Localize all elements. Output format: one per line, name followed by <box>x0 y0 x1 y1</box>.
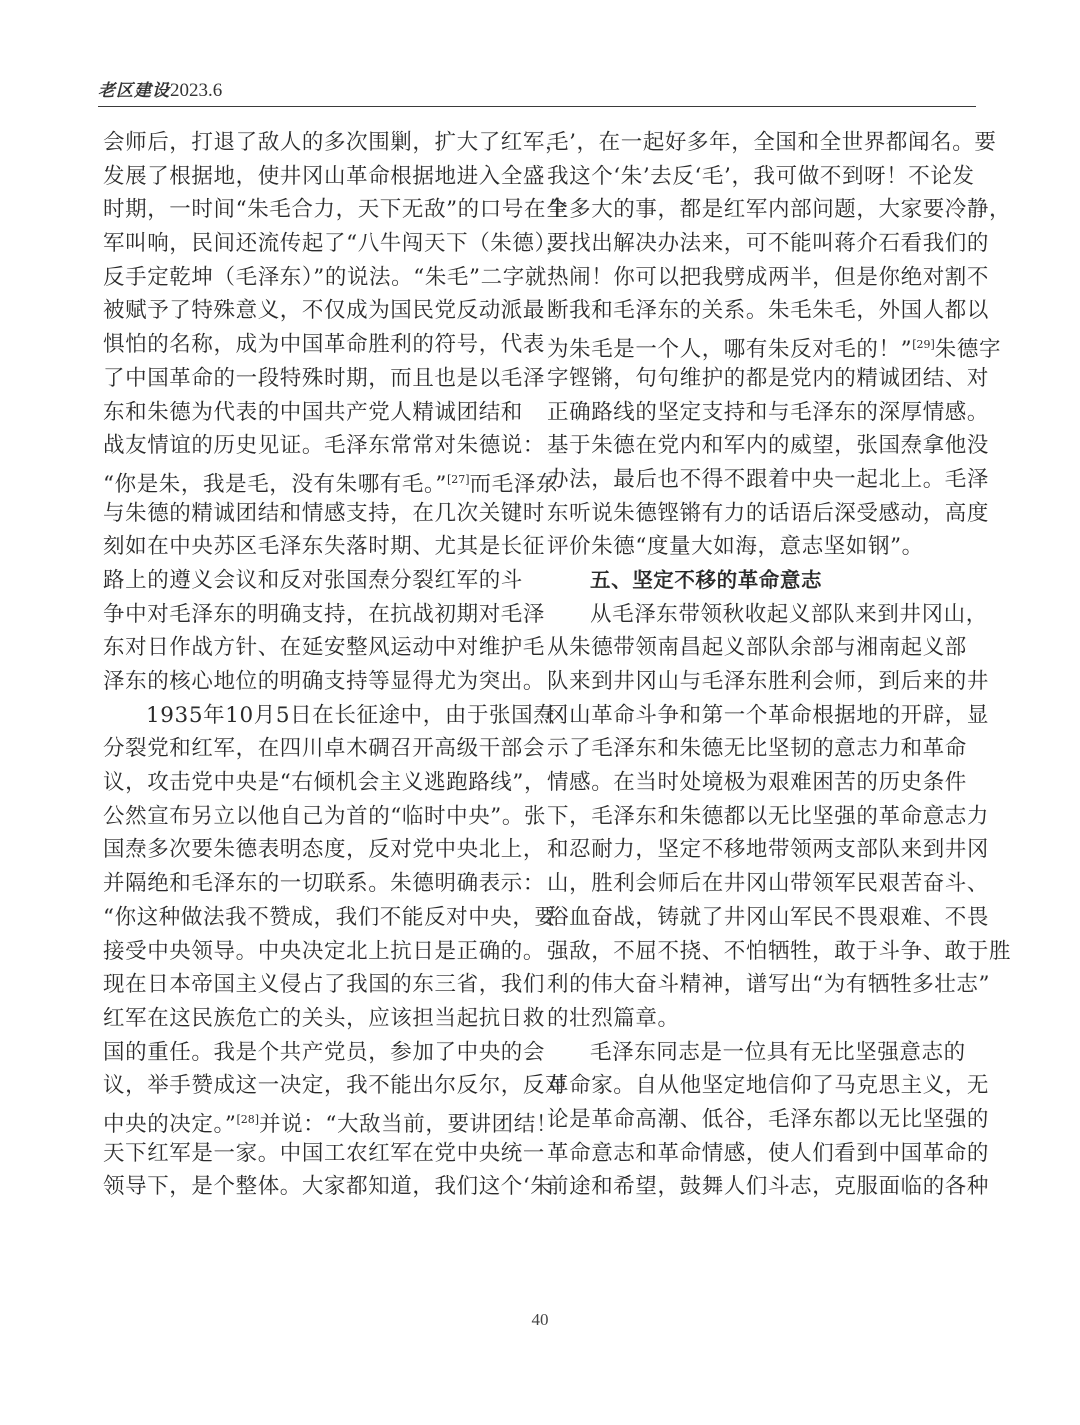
text-line: 军叫响，民间还流传起了“八牛闯天下（朱德）， <box>103 227 533 261</box>
text-line: 基于朱德在党内和军内的威望，张国焘拿他没 <box>547 429 977 463</box>
text-line: 分裂党和红军，在四川卓木碉召开高级干部会 <box>103 732 533 766</box>
text-line: 评价朱德“度量大如海，意志坚如钢”。 <box>547 530 977 564</box>
text-line: 我这个‘朱’去反‘毛’，我可做不到呀！不论发 <box>547 160 977 194</box>
text-line: 接受中央领导。中央决定北上抗日是正确的。 <box>103 935 533 969</box>
right-column: 毛’，在一起好多年，全国和全世界都闻名。要我这个‘朱’去反‘毛’，我可做不到呀！… <box>547 126 977 1204</box>
text-line: 议，攻击党中央是“右倾机会主义逃跑路线”， <box>103 766 533 800</box>
text-line: 字铿锵，句句维护的都是党内的精诚团结、对 <box>547 362 977 396</box>
text-line: 办法，最后也不得不跟着中央一起北上。毛泽 <box>547 463 977 497</box>
text-line: 生多大的事，都是红军内部问题，大家要冷静， <box>547 193 977 227</box>
text-line: 强敌，不屈不挠、不怕牺牲，敢于斗争、敢于胜 <box>547 935 977 969</box>
footnote-ref: [28] <box>236 1113 259 1126</box>
text-line: 浴血奋战，铸就了井冈山军民不畏艰难、不畏 <box>547 901 977 935</box>
text-line: 会师后，打退了敌人的多次围剿，扩大了红军， <box>103 126 533 160</box>
text-line: 泽东的核心地位的明确支持等显得尤为突出。 <box>103 665 533 699</box>
text-line: 队来到井冈山与毛泽东胜利会师，到后来的井 <box>547 665 977 699</box>
text-line: 毛’，在一起好多年，全国和全世界都闻名。要 <box>547 126 977 160</box>
issue-number: 2023.6 <box>170 80 222 101</box>
text-line: 要找出解决办法来，可不能叫蒋介石看我们的 <box>547 227 977 261</box>
text-line: 国的重任。我是个共产党员，参加了中央的会 <box>103 1036 533 1070</box>
text-line: 领导下，是个整体。大家都知道，我们这个‘朱 <box>103 1170 533 1204</box>
text-line: 利的伟大奋斗精神，谱写出“为有牺牲多壮志” <box>547 968 977 1002</box>
text-line: 与朱德的精诚团结和情感支持，在几次关键时 <box>103 497 533 531</box>
text-line: 毛泽东同志是一位具有无比坚强意志的 <box>547 1036 977 1070</box>
text-line: 公然宣布另立以他自己为首的“临时中央”。张 <box>103 800 533 834</box>
text-line: 革命意志和革命情感，使人们看到中国革命的 <box>547 1137 977 1171</box>
text-line: 热闹！你可以把我劈成两半，但是你绝对割不 <box>547 261 977 295</box>
text-line: 前途和希望，鼓舞人们斗志，克服面临的各种 <box>547 1170 977 1204</box>
text-line: 从毛泽东带领秋收起义部队来到井冈山， <box>547 598 977 632</box>
text-line: 示了毛泽东和朱德无比坚韧的意志力和革命 <box>547 732 977 766</box>
text-line: 东和朱德为代表的中国共产党人精诚团结和 <box>103 396 533 430</box>
text-line: 从朱德带领南昌起义部队余部与湘南起义部 <box>547 631 977 665</box>
footnote-ref: [27] <box>447 473 470 486</box>
text-line: 国焘多次要朱德表明态度，反对党中央北上， <box>103 833 533 867</box>
text-line: 现在日本帝国主义侵占了我国的东三省，我们 <box>103 968 533 1002</box>
running-header: 老区建设2023.6 <box>98 76 222 106</box>
text-line: 的壮烈篇章。 <box>547 1002 977 1036</box>
text-line: 和忍耐力，坚定不移地带领两支部队来到井冈 <box>547 833 977 867</box>
text-line: 时期，一时间“朱毛合力，天下无敌”的口号在全 <box>103 193 533 227</box>
section-heading: 五、坚定不移的革命意志 <box>547 564 977 598</box>
text-line: 争中对毛泽东的明确支持，在抗战初期对毛泽 <box>103 598 533 632</box>
footnote-ref: [29] <box>912 338 935 351</box>
text-line: 被赋予了特殊意义，不仅成为国民党反动派最 <box>103 294 533 328</box>
text-line: 论是革命高潮、低谷，毛泽东都以无比坚强的 <box>547 1103 977 1137</box>
text-line: 并隔绝和毛泽东的一切联系。朱德明确表示： <box>103 867 533 901</box>
text-line: 断我和毛泽东的关系。朱毛朱毛，外国人都以 <box>547 294 977 328</box>
text-line: 东听说朱德铿锵有力的话语后深受感动，高度 <box>547 497 977 531</box>
journal-title: 老区建设 <box>98 81 170 101</box>
text-line: 战友情谊的历史见证。毛泽东常常对朱德说： <box>103 429 533 463</box>
text-line: 正确路线的坚定支持和与毛泽东的深厚情感。 <box>547 396 977 430</box>
text-line: 冈山革命斗争和第一个革命根据地的开辟，显 <box>547 699 977 733</box>
text-line: 发展了根据地，使井冈山革命根据地进入全盛 <box>103 160 533 194</box>
text-line: 山，胜利会师后在井冈山带领军民艰苦奋斗、 <box>547 867 977 901</box>
text-line: 下，毛泽东和朱德都以无比坚强的革命意志力 <box>547 800 977 834</box>
header-rule <box>98 106 976 107</box>
text-line: 了中国革命的一段特殊时期，而且也是以毛泽 <box>103 362 533 396</box>
text-line: 革命家。自从他坚定地信仰了马克思主义，无 <box>547 1069 977 1103</box>
text-line: 反手定乾坤（毛泽东）”的说法。“朱毛”二字就 <box>103 261 533 295</box>
text-line: 议，举手赞成这一决定，我不能出尔反尔，反对 <box>103 1069 533 1103</box>
text-line: 刻如在中央苏区毛泽东失落时期、尤其是长征 <box>103 530 533 564</box>
text-line: “你这种做法我不赞成，我们不能反对中央，要 <box>103 901 533 935</box>
text-line: 红军在这民族危亡的关头，应该担当起抗日救 <box>103 1002 533 1036</box>
text-line: 天下红军是一家。中国工农红军在党中央统一 <box>103 1137 533 1171</box>
text-line: 为朱毛是一个人，哪有朱反对毛的！”[29]朱德字 <box>547 328 977 362</box>
text-line: 惧怕的名称，成为中国革命胜利的符号，代表 <box>103 328 533 362</box>
text-line: 东对日作战方针、在延安整风运动中对维护毛 <box>103 631 533 665</box>
text-line: 1935年10月5日在长征途中，由于张国焘 <box>103 699 533 733</box>
text-line: 中央的决定。”[28]并说：“大敌当前，要讲团结！ <box>103 1103 533 1137</box>
text-line: 情感。在当时处境极为艰难困苦的历史条件 <box>547 766 977 800</box>
text-line: 路上的遵义会议和反对张国焘分裂红军的斗 <box>103 564 533 598</box>
left-column: 会师后，打退了敌人的多次围剿，扩大了红军，发展了根据地，使井冈山革命根据地进入全… <box>103 126 533 1204</box>
page-number: 40 <box>0 1310 1080 1330</box>
text-line: “你是朱，我是毛，没有朱哪有毛。”[27]而毛泽东 <box>103 463 533 497</box>
